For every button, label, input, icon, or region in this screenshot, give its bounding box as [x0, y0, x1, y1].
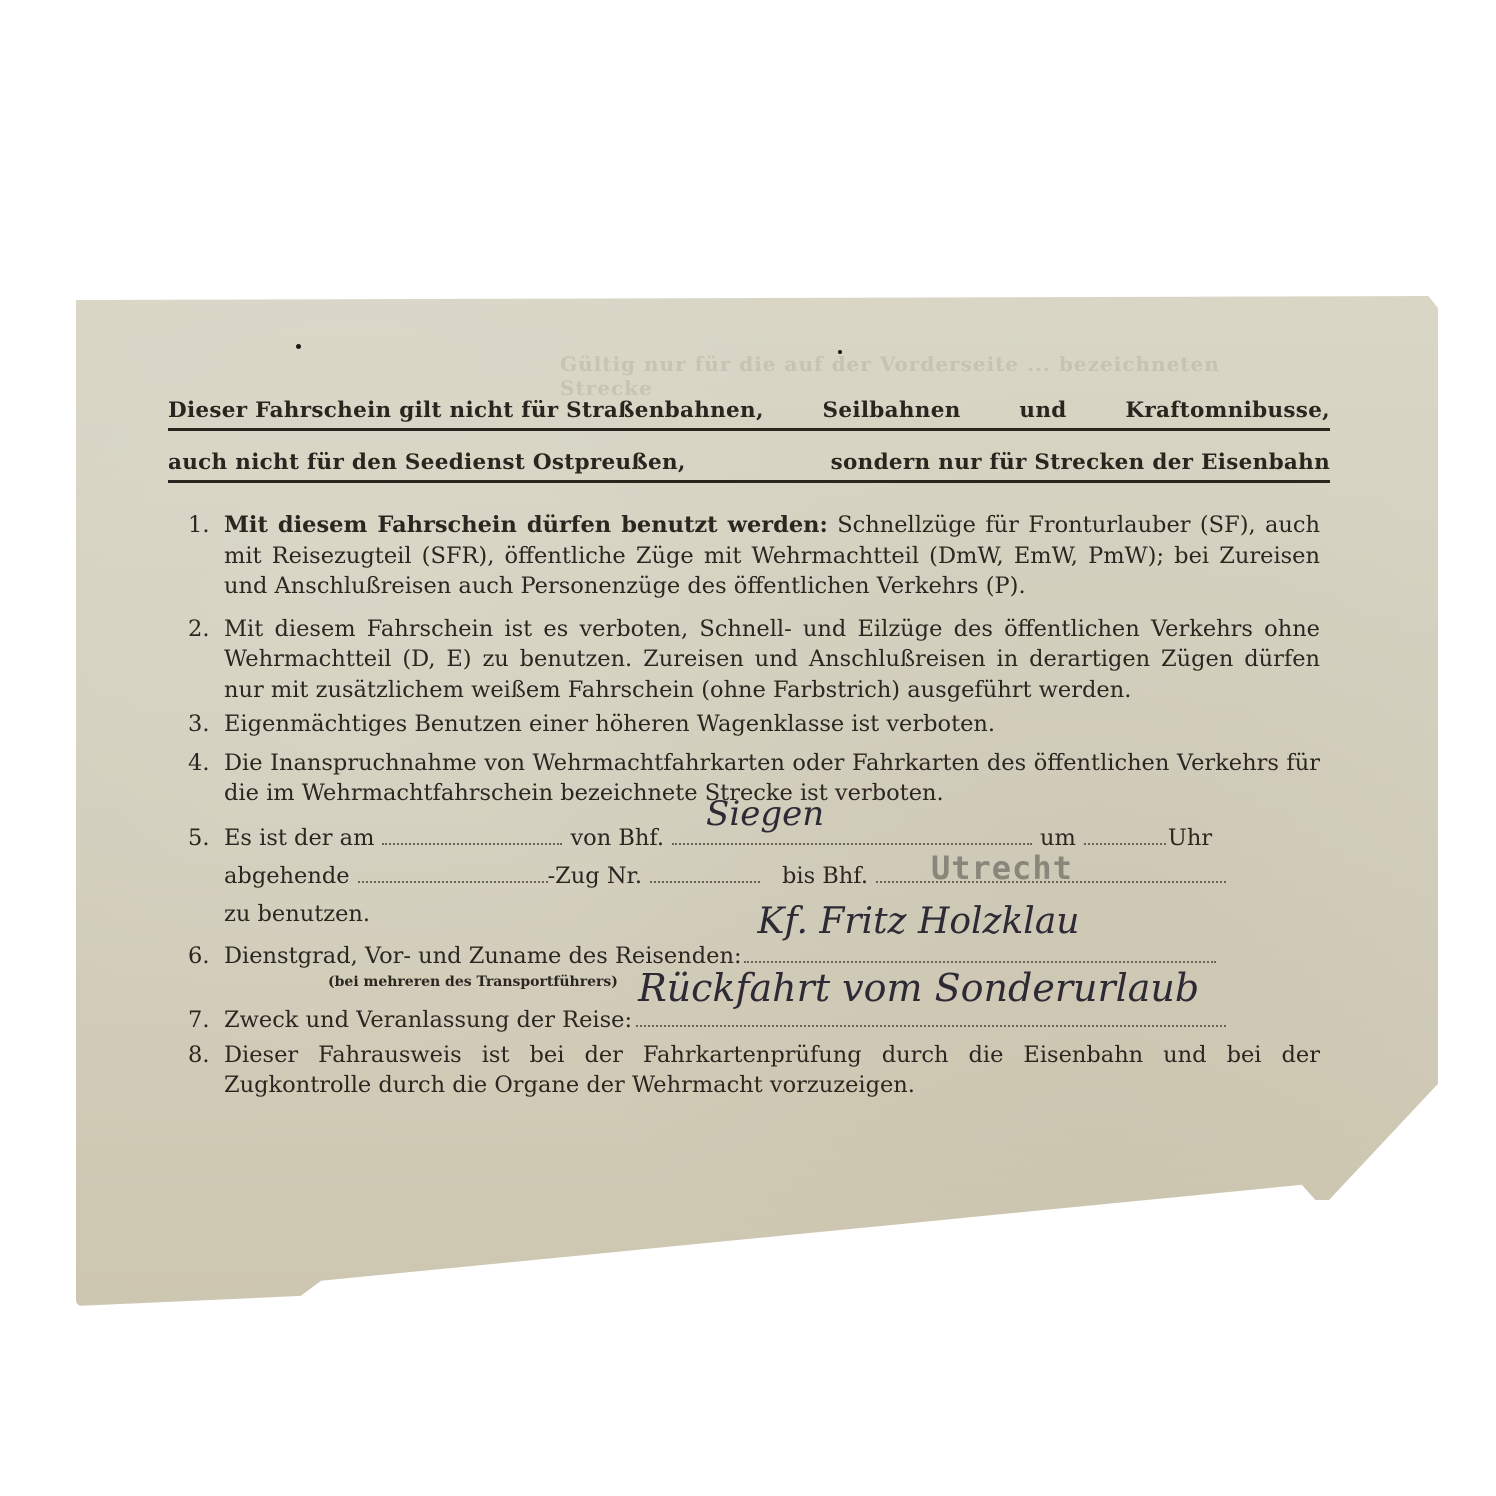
- from-station-label: von Bhf.: [570, 819, 664, 857]
- item7-row: Zweck und Veranlassung der Reise: Rückfa…: [224, 1005, 1320, 1036]
- time-field[interactable]: [1084, 825, 1166, 845]
- condition-2-text: Mit diesem Fahrschein ist es verboten, S…: [224, 616, 1320, 703]
- condition-3: 3. Eigenmächtiges Benutzen einer höheren…: [180, 709, 1320, 740]
- condition-7-form: 7. Zweck und Veranlassung der Reise: Rüc…: [180, 1005, 1320, 1036]
- conditions-list: 1. Mit diesem Fahrschein dürfen benutzt …: [180, 510, 1320, 1105]
- condition-1-lead: Mit diesem Fahrschein dürfen benutzt wer…: [224, 512, 828, 538]
- traveler-name-value: Kf. Fritz Holzklau: [758, 907, 1080, 938]
- ink-speck: [296, 344, 301, 349]
- condition-8: 8. Dieser Fahrausweis ist bei der Fahrka…: [180, 1040, 1320, 1101]
- item5-suffix: zu benutzen.: [224, 895, 370, 933]
- header-line-2-part-1: auch nicht für den Seedienst Ostpreußen,: [168, 450, 686, 475]
- train-type-field[interactable]: [358, 863, 548, 883]
- item-number: 1.: [188, 510, 209, 541]
- item-number: 4.: [188, 748, 209, 779]
- uhr-label: Uhr: [1168, 819, 1212, 857]
- item-number: 6.: [188, 941, 209, 972]
- item5-prefix: Es ist der am: [224, 819, 374, 857]
- header-line-1-part-3: und: [1019, 398, 1066, 423]
- departing-label: abgehende: [224, 857, 350, 895]
- purpose-label: Zweck und Veranlassung der Reise:: [224, 1005, 632, 1036]
- purpose-field[interactable]: Rückfahrt vom Sonderurlaub: [636, 1007, 1226, 1027]
- to-station-field[interactable]: Utrecht: [876, 863, 1226, 883]
- item-number: 7.: [188, 1005, 209, 1036]
- purpose-value: Rückfahrt vom Sonderurlaub: [638, 973, 1199, 1004]
- date-field[interactable]: [382, 825, 562, 845]
- header-line-1: Dieser Fahrschein gilt nicht für Straßen…: [168, 398, 1330, 431]
- condition-1: 1. Mit diesem Fahrschein dürfen benutzt …: [180, 510, 1320, 602]
- to-station-stamp: Utrecht: [931, 849, 1073, 887]
- item-number: 5.: [188, 819, 209, 857]
- header-line-1-part-2: Seilbahnen: [823, 398, 961, 423]
- train-number-field[interactable]: [650, 863, 760, 883]
- header-line-1-part-4: Kraftomnibusse,: [1125, 398, 1330, 423]
- header-line-2: auch nicht für den Seedienst Ostpreußen,…: [168, 450, 1330, 483]
- from-station-field[interactable]: Siegen: [672, 825, 1032, 845]
- item-number: 8.: [188, 1040, 209, 1071]
- condition-3-text: Eigenmächtiges Benutzen einer höheren Wa…: [224, 711, 995, 737]
- item-number: 2.: [188, 614, 209, 645]
- condition-8-text: Dieser Fahrausweis ist bei der Fahrkarte…: [224, 1042, 1320, 1099]
- traveler-name-field[interactable]: Kf. Fritz Holzklau: [744, 943, 1216, 963]
- condition-2: 2. Mit diesem Fahrschein ist es verboten…: [180, 614, 1320, 706]
- item-number: 3.: [188, 709, 209, 740]
- header-line-2-part-2: sondern nur für Strecken der Eisenbahn: [831, 450, 1330, 475]
- to-station-label: bis Bhf.: [782, 857, 868, 895]
- header-line-1-part-1: Dieser Fahrschein gilt nicht für Straßen…: [168, 398, 764, 423]
- item5-row-2: abgehende -Zug Nr. bis Bhf. Utrecht: [224, 857, 1320, 895]
- from-station-value: Siegen: [706, 795, 824, 833]
- train-number-label: -Zug Nr.: [548, 857, 642, 895]
- item5-row-1: Es ist der am von Bhf. Siegen um Uhr: [224, 819, 1320, 857]
- condition-5-form: 5. Es ist der am von Bhf. Siegen um Uhr …: [180, 819, 1320, 933]
- bleed-through-text: Gültig nur für die auf der Vorderseite .…: [560, 352, 1260, 400]
